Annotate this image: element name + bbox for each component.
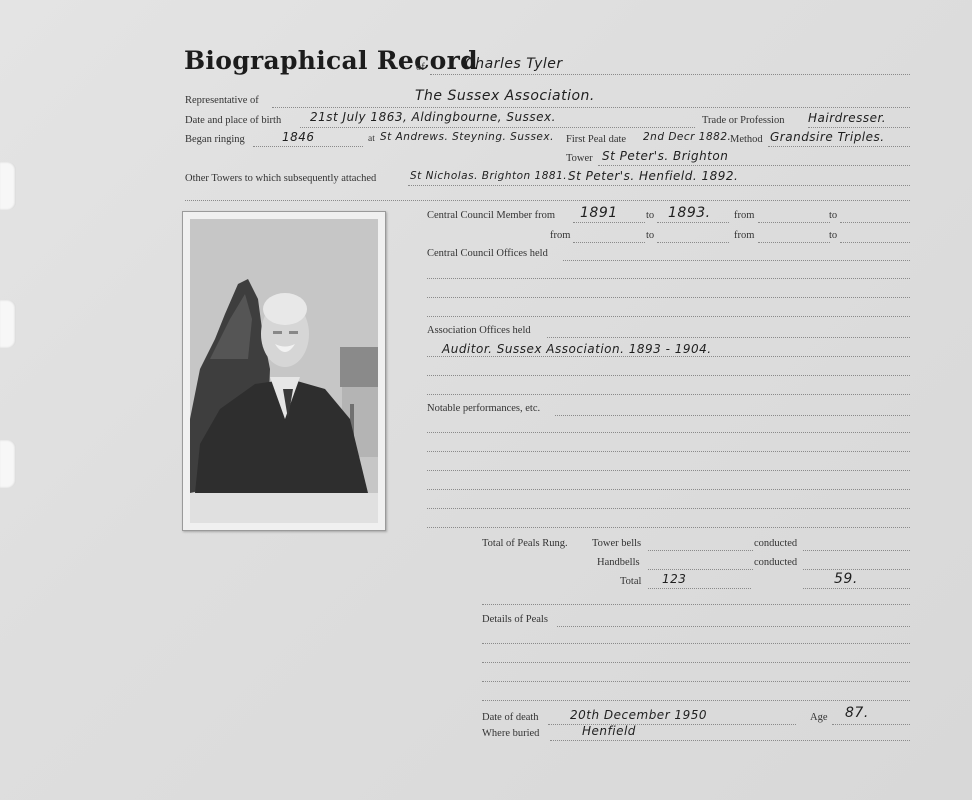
- photo-mount: [182, 211, 386, 531]
- name-line: [430, 74, 910, 75]
- council-from-label: from: [734, 230, 754, 241]
- portrait-image: [190, 219, 378, 493]
- council-offices-line: [563, 260, 910, 261]
- tower-bells-label: Tower bells: [592, 538, 641, 549]
- method-value: Grandsire Triples.: [770, 130, 885, 144]
- council-to-label: to: [646, 210, 654, 221]
- other-towers-value-2: St Peter's. Henfield. 1892.: [568, 169, 738, 183]
- council-offices-line: [427, 278, 910, 279]
- age-value: 87.: [845, 705, 869, 721]
- council-offices-line: [427, 297, 910, 298]
- notable-line: [555, 415, 910, 416]
- began-ringing-line: [253, 146, 363, 147]
- method-line: [768, 146, 910, 147]
- details-of-peals-label: Details of Peals: [482, 614, 548, 625]
- of-label: of: [416, 62, 425, 73]
- page-title: Biographical Record: [184, 46, 478, 75]
- separator-line: [185, 200, 910, 201]
- tower-bells-line: [648, 550, 753, 551]
- handbells-label: Handbells: [597, 557, 640, 568]
- age-label: Age: [810, 712, 828, 723]
- began-ringing-value: 1846: [282, 130, 315, 144]
- notable-line: [427, 527, 910, 528]
- notable-line: [427, 508, 910, 509]
- association-offices-line: [427, 394, 910, 395]
- trade-line: [808, 127, 910, 128]
- association-offices-label: Association Offices held: [427, 325, 531, 336]
- date-of-death-label: Date of death: [482, 712, 539, 723]
- council-to-label: to: [829, 210, 837, 221]
- binder-hole: [0, 162, 16, 210]
- details-line: [482, 662, 910, 663]
- council-to1-value: 1893.: [668, 205, 711, 221]
- trade-value: Hairdresser.: [808, 111, 886, 125]
- trade-label: Trade or Profession: [702, 115, 784, 126]
- record-page: Biographical Record of Charles Tyler Rep…: [0, 0, 972, 800]
- separator-line: [482, 604, 910, 605]
- birth-value: 21st July 1863, Aldingbourne, Sussex.: [310, 110, 556, 124]
- council-to1-line: [657, 222, 729, 223]
- conducted-total-value: 59.: [834, 571, 858, 587]
- handbells-conducted-line: [803, 569, 910, 570]
- notable-line: [427, 489, 910, 490]
- other-towers-label: Other Towers to which subsequently attac…: [185, 173, 376, 184]
- council-from1-value: 1891: [580, 205, 618, 221]
- method-label: Method: [730, 134, 763, 145]
- total-label: Total: [620, 576, 641, 587]
- notable-line: [427, 470, 910, 471]
- council-from-label: from: [734, 210, 754, 221]
- council-offices-label: Central Council Offices held: [427, 248, 548, 259]
- conducted-label: conducted: [754, 538, 797, 549]
- council-from1-line: [573, 222, 645, 223]
- details-line: [557, 626, 910, 627]
- council-from4-line: [758, 242, 830, 243]
- tower-conducted-line: [803, 550, 910, 551]
- other-towers-value-1: St Nicholas. Brighton 1881.: [410, 170, 567, 182]
- at-label: at: [368, 134, 375, 144]
- handbells-line: [648, 569, 753, 570]
- association-offices-line: [427, 356, 910, 357]
- council-to4-line: [840, 242, 910, 243]
- portrait-photo: [190, 219, 378, 493]
- date-of-death-value: 20th December 1950: [570, 708, 707, 722]
- council-to-label: to: [646, 230, 654, 241]
- other-towers-line: [408, 185, 910, 186]
- where-buried-label: Where buried: [482, 728, 539, 739]
- details-line: [482, 681, 910, 682]
- association-offices-value: Auditor. Sussex Association. 1893 - 1904…: [442, 342, 712, 356]
- first-peal-label: First Peal date: [566, 134, 626, 145]
- binder-hole: [0, 300, 16, 348]
- at-value: St Andrews. Steyning. Sussex.: [380, 131, 554, 143]
- council-to3-line: [657, 242, 729, 243]
- photo-border-bottom: [190, 493, 378, 523]
- council-to2-line: [840, 222, 910, 223]
- council-from2-line: [758, 222, 830, 223]
- binder-hole: [0, 440, 16, 488]
- council-from-label: from: [550, 230, 570, 241]
- tower-value: St Peter's. Brighton: [602, 149, 728, 163]
- representative-line: [272, 107, 910, 108]
- notable-label: Notable performances, etc.: [427, 403, 540, 414]
- notable-line: [427, 451, 910, 452]
- first-peal-value: 2nd Decr 1882.: [643, 131, 731, 143]
- began-ringing-label: Began ringing: [185, 134, 245, 145]
- name-value: Charles Tyler: [465, 56, 563, 72]
- representative-value: The Sussex Association.: [415, 88, 595, 104]
- details-line: [482, 700, 910, 701]
- tower-line: [598, 165, 910, 166]
- details-line: [482, 643, 910, 644]
- conducted-label: conducted: [754, 557, 797, 568]
- total-value: 123: [662, 572, 686, 586]
- total-line: [648, 588, 751, 589]
- council-from3-line: [573, 242, 645, 243]
- council-to-label: to: [829, 230, 837, 241]
- tower-label: Tower: [566, 153, 593, 164]
- council-member-label: Central Council Member from: [427, 210, 555, 221]
- where-buried-line: [550, 740, 910, 741]
- representative-label: Representative of: [185, 95, 259, 106]
- where-buried-value: Henfield: [582, 724, 636, 738]
- notable-line: [427, 432, 910, 433]
- age-line: [832, 724, 910, 725]
- conducted-total-line: [803, 588, 910, 589]
- total-peals-label: Total of Peals Rung.: [482, 538, 568, 549]
- association-offices-line: [547, 337, 910, 338]
- association-offices-line: [427, 375, 910, 376]
- council-offices-line: [427, 316, 910, 317]
- birth-label: Date and place of birth: [185, 115, 281, 126]
- birth-line: [300, 127, 695, 128]
